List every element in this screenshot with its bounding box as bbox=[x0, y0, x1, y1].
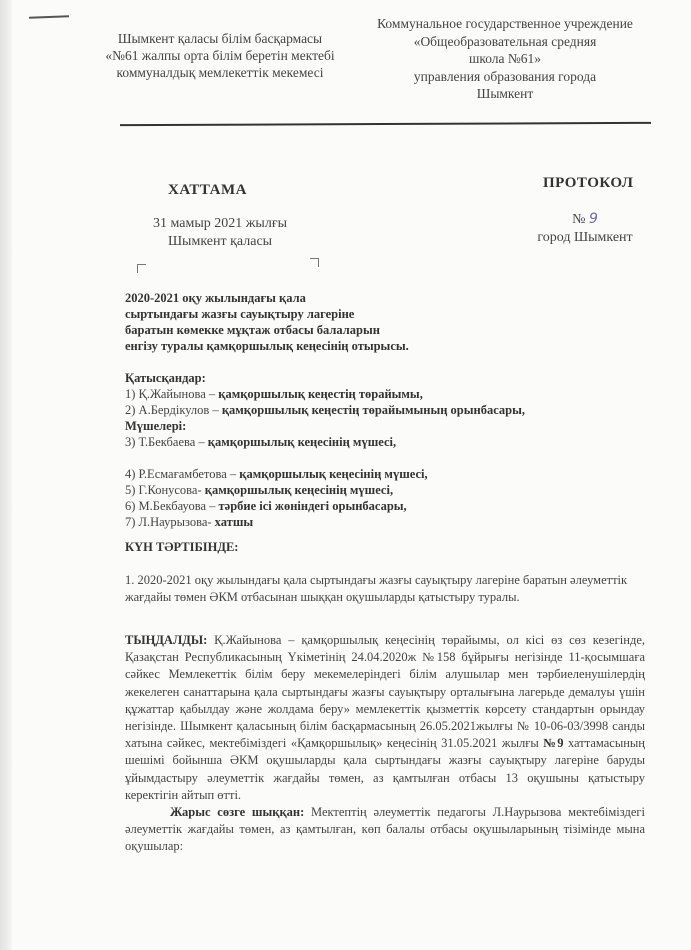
header-kz-line: «№61 жалпы орта білім беретін мектебі bbox=[95, 47, 345, 64]
header-ru-line: Коммунальное государственное учреждение bbox=[370, 15, 640, 33]
number-sign: № bbox=[572, 212, 585, 227]
participant-row: 6) М.Бекбауова – тәрбие ісі жөніндегі ор… bbox=[125, 498, 665, 514]
participant-row: 5) Г.Конусова- қамқоршылық кеңесінің мүш… bbox=[125, 482, 665, 498]
hearing-paragraph: ТЫҢДАЛДЫ: Қ.Жайынова – қамқоршылық кеңес… bbox=[125, 632, 645, 804]
subject-line: 2020-2021 оқу жылындағы қала bbox=[125, 290, 455, 306]
date-block: 31 мамыр 2021 жылғы Шымкент қаласы bbox=[140, 215, 300, 251]
corner-bracket-left bbox=[137, 264, 146, 273]
participant-role: тәрбие ісі жөніндегі орынбасары, bbox=[219, 499, 407, 513]
participant-name: 3) Т.Бекбаева – bbox=[125, 435, 208, 449]
speech-paragraph: Жарыс сөзге шыққан: Мектептің әлеуметтік… bbox=[125, 804, 645, 856]
handwritten-number: 9 bbox=[589, 211, 598, 227]
participant-name: 5) Г.Конусова- bbox=[125, 483, 205, 497]
scan-edge-shadow bbox=[0, 0, 12, 950]
hearing-label: ТЫҢДАЛДЫ: bbox=[125, 633, 207, 647]
participant-role: қамқоршылық кеңестің төрайымы, bbox=[218, 387, 423, 401]
header-divider bbox=[120, 122, 651, 126]
participant-row: 1) Қ.Жайынова – қамқоршылық кеңестің төр… bbox=[125, 386, 665, 402]
participants-section: Қатысқандар: 1) Қ.Жайынова – қамқоршылық… bbox=[125, 370, 665, 530]
header-ru-line: управления образования города bbox=[370, 68, 640, 86]
header-kz-line: коммуналдық мемлекеттік мекемесі bbox=[95, 64, 345, 81]
corner-bracket-right bbox=[310, 258, 319, 267]
city-kz: Шымкент қаласы bbox=[140, 233, 300, 251]
participant-role: қамқоршылық кеңесінің мүшесі, bbox=[205, 483, 393, 497]
corner-mark bbox=[29, 15, 69, 18]
hearing-text: Қ.Жайынова – қамқоршылық кеңесінің төрай… bbox=[125, 633, 645, 750]
participant-role: хатшы bbox=[215, 515, 253, 529]
number-block: № 9 город Шымкент bbox=[520, 210, 650, 247]
participant-name: 2) А.Бердікулов – bbox=[125, 403, 222, 417]
spacer bbox=[125, 450, 665, 466]
city-ru: город Шымкент bbox=[520, 229, 650, 247]
speech-label: Жарыс сөзге шыққан: bbox=[170, 805, 304, 819]
participant-role: қамқоршылық кеңесінің мүшесі, bbox=[239, 467, 427, 481]
agenda-heading: КҮН ТӘРТІБІНДЕ: bbox=[125, 540, 238, 555]
participant-name: 7) Л.Наурызова- bbox=[125, 515, 215, 529]
participant-name: 1) Қ.Жайынова – bbox=[125, 387, 218, 401]
participant-row: 7) Л.Наурызова- хатшы bbox=[125, 514, 665, 530]
subject-line: баратын көмекке мұқтаж отбасы балаларын bbox=[125, 322, 455, 338]
members-heading: Мүшелері: bbox=[125, 418, 665, 434]
header-ru-institution: Коммунальное государственное учреждение … bbox=[370, 15, 640, 103]
header-ru-line: Шымкент bbox=[370, 85, 640, 103]
header-kz-institution: Шымкент қаласы білім басқармасы «№61 жал… bbox=[95, 30, 345, 81]
participant-name: 4) Р.Есмағамбетова – bbox=[125, 467, 239, 481]
participant-role: қамқоршылық кеңестің төрайымының орынбас… bbox=[222, 403, 525, 417]
header-ru-line: школа №61» bbox=[370, 50, 640, 68]
agenda-item: 1. 2020-2021 оқу жылындағы қала сыртында… bbox=[125, 572, 645, 606]
document-title-kz: ХАТТАМА bbox=[168, 182, 247, 199]
document-title-ru: ПРОТОКОЛ bbox=[543, 175, 633, 192]
participant-row: 2) А.Бердікулов – қамқоршылық кеңестің т… bbox=[125, 402, 665, 418]
meeting-date: 31 мамыр 2021 жылғы bbox=[140, 215, 300, 233]
participant-role: қамқоршылық кеңесінің мүшесі, bbox=[208, 435, 396, 449]
subject-line: сыртындағы жазғы сауықтыру лагеріне bbox=[125, 306, 455, 322]
participant-name: 6) М.Бекбауова – bbox=[125, 499, 219, 513]
document-page: Шымкент қаласы білім басқармасы «№61 жал… bbox=[0, 0, 691, 950]
participant-row: 3) Т.Бекбаева – қамқоршылық кеңесінің мү… bbox=[125, 434, 665, 450]
participant-row: 4) Р.Есмағамбетова – қамқоршылық кеңесін… bbox=[125, 466, 665, 482]
subject-line: енгізу туралы қамқоршылық кеңесінің отыр… bbox=[125, 338, 455, 354]
meeting-subject: 2020-2021 оқу жылындағы қала сыртындағы … bbox=[125, 290, 455, 354]
minutes-body: ТЫҢДАЛДЫ: Қ.Жайынова – қамқоршылық кеңес… bbox=[125, 632, 645, 856]
header-ru-line: «Общеобразовательная средняя bbox=[370, 33, 640, 51]
participants-heading: Қатысқандар: bbox=[125, 370, 665, 386]
protocol-ref: №9 bbox=[543, 736, 563, 750]
protocol-number: № 9 bbox=[520, 210, 650, 229]
header-kz-line: Шымкент қаласы білім басқармасы bbox=[95, 30, 345, 47]
